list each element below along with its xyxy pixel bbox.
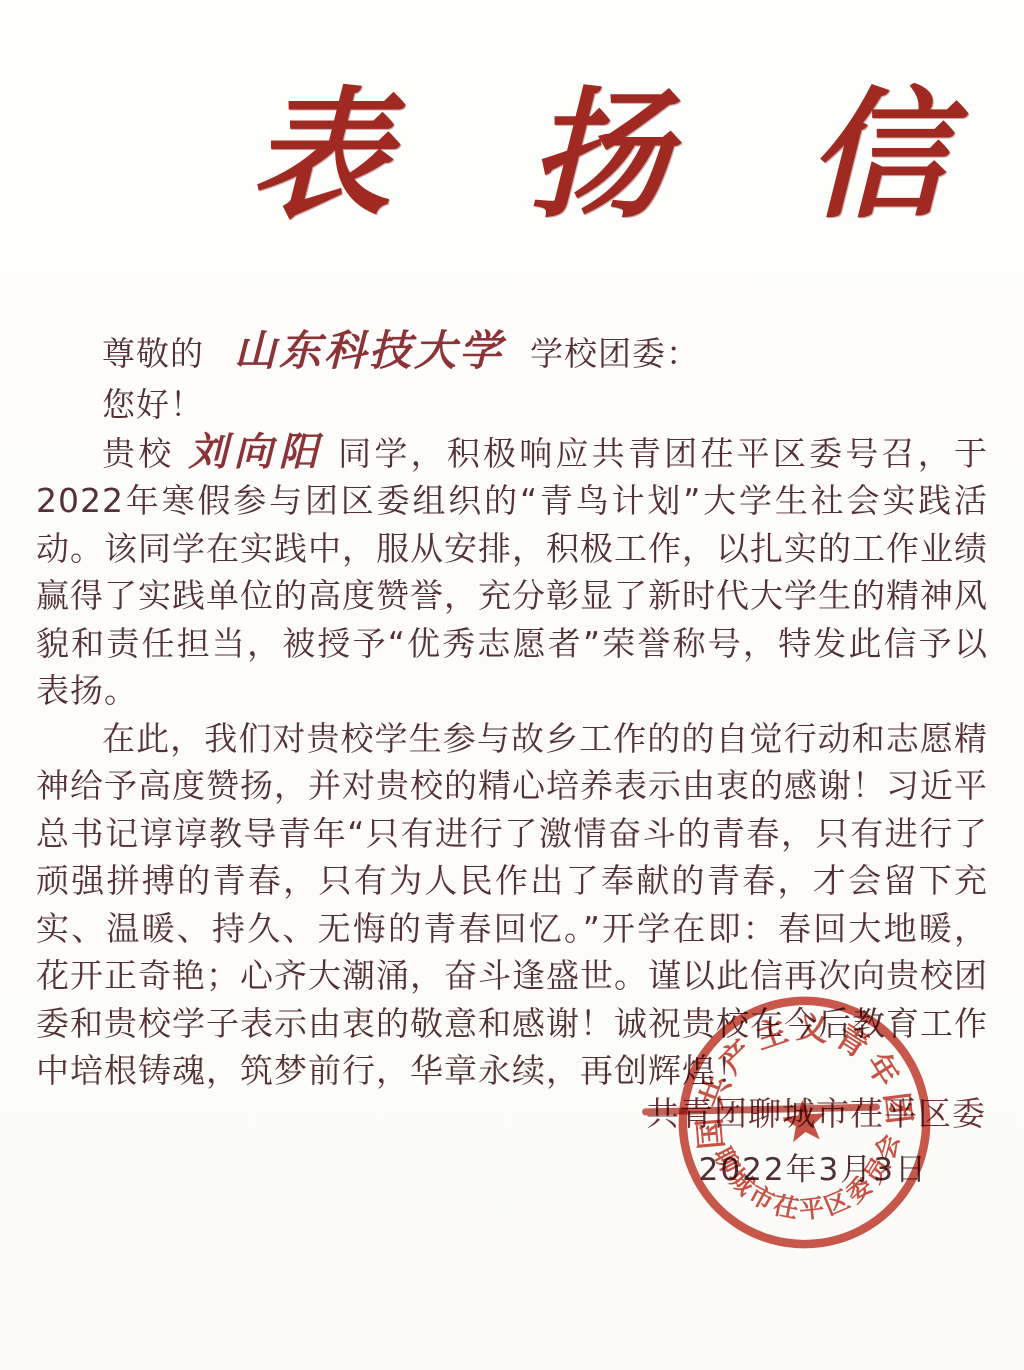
greeting-line: 您好！ <box>36 381 988 429</box>
salutation-prefix: 尊敬的 <box>102 334 204 373</box>
school-name-handwritten: 山东科技大学 <box>234 326 504 375</box>
letter-title: 表 扬 信 <box>250 72 992 240</box>
student-name-handwritten: 刘向阳 <box>188 429 324 475</box>
paragraph-1: 贵校刘向阳同学，积极响应共青团茌平区委号召，于2022年寒假参与团区委组织的“青… <box>36 429 988 715</box>
official-seal: 国共产主义青年团 聊城市茌平区委员会 <box>638 965 971 1280</box>
paragraph-1-lead: 贵校 <box>102 434 174 473</box>
salutation-line: 尊敬的山东科技大学学校团委： <box>36 324 988 381</box>
salutation-suffix: 学校团委： <box>530 334 700 373</box>
seal-star-icon <box>781 1098 828 1144</box>
paragraph-1-rest: 同学，积极响应共青团茌平区委号召，于2022年寒假参与团区委组织的“青鸟计划”大… <box>36 434 988 711</box>
letter-page: 表 扬 信 尊敬的山东科技大学学校团委： 您好！ 贵校刘向阳同学，积极响应共青团… <box>0 0 1024 1370</box>
